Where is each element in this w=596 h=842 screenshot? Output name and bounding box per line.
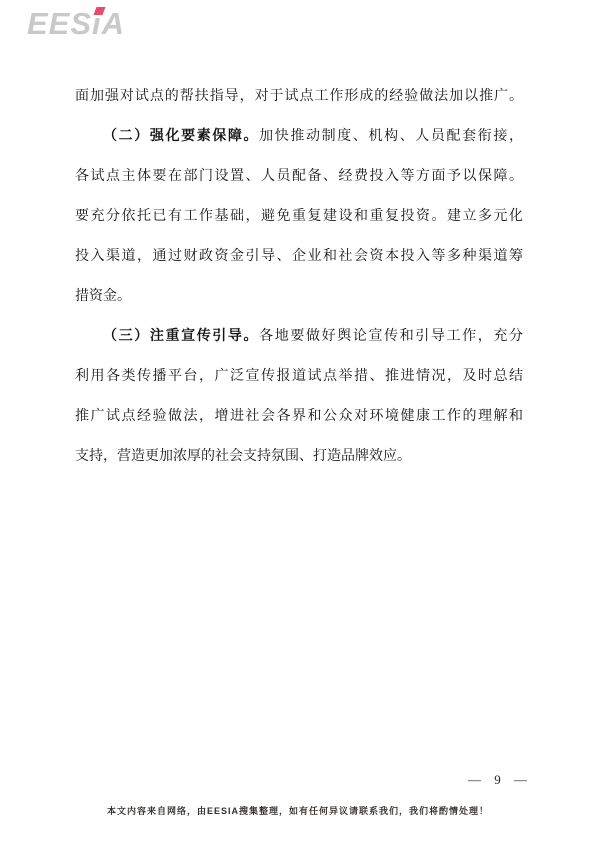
text-run: 各地要做好舆论宣传和引导工作，充分 xyxy=(259,329,523,344)
page-number: — 9 — xyxy=(468,772,527,788)
document-page: EESıA 面加强对试点的帮扶指导，对于试点工作形成的经验做法加以推广。（二）强… xyxy=(0,0,596,842)
text-run: 投入渠道，通过财政资金引导、企业和社会资本投入等多种渠道筹 xyxy=(75,249,523,264)
text-line: 支持，营造更加浓厚的社会支持氛围、打造品牌效应。 xyxy=(75,437,523,477)
text-line: （三）注重宣传引导。各地要做好舆论宣传和引导工作，充分 xyxy=(75,317,523,357)
footer-disclaimer: 本文内容来自网络，由EESIA搜集整理，如有任何异议请联系我们，我们将酌情处理！ xyxy=(0,804,596,817)
text-run: 措资金。 xyxy=(75,289,131,304)
document-body: 面加强对试点的帮扶指导，对于试点工作形成的经验做法加以推广。（二）强化要素保障。… xyxy=(75,77,523,477)
text-line: 面加强对试点的帮扶指导，对于试点工作形成的经验做法加以推广。 xyxy=(75,77,523,117)
text-line: 推广试点经验做法，增进社会各界和公众对环境健康工作的理解和 xyxy=(75,397,523,437)
text-line: （二）强化要素保障。加快推动制度、机构、人员配套衔接， xyxy=(75,117,523,157)
text-run: 面加强对试点的帮扶指导，对于试点工作形成的经验做法加以推广。 xyxy=(75,89,523,104)
text-run: 支持，营造更加浓厚的社会支持氛围、打造品牌效应。 xyxy=(75,449,411,464)
text-run: 各试点主体要在部门设置、人员配备、经费投入等方面予以保障。 xyxy=(75,169,523,184)
text-line: 各试点主体要在部门设置、人员配备、经费投入等方面予以保障。 xyxy=(75,157,523,197)
text-line: 措资金。 xyxy=(75,277,523,317)
text-run: 加快推动制度、机构、人员配套衔接， xyxy=(259,129,523,144)
text-run: 推广试点经验做法，增进社会各界和公众对环境健康工作的理解和 xyxy=(75,409,523,424)
heading-run: （三）注重宣传引导。 xyxy=(103,329,259,344)
logo-text-post: A xyxy=(102,6,125,41)
text-line: 投入渠道，通过财政资金引导、企业和社会资本投入等多种渠道筹 xyxy=(75,237,523,277)
logo-letter-i: ı xyxy=(92,6,102,42)
text-run: 要充分依托已有工作基础，避免重复建设和重复投资。建立多元化 xyxy=(75,209,523,224)
text-run: 利用各类传播平台，广泛宣传报道试点举措、推进情况，及时总结 xyxy=(75,369,523,384)
eesia-logo: EESıA xyxy=(27,6,125,42)
heading-run: （二）强化要素保障。 xyxy=(103,129,259,144)
text-line: 要充分依托已有工作基础，避免重复建设和重复投资。建立多元化 xyxy=(75,197,523,237)
text-line: 利用各类传播平台，广泛宣传报道试点举措、推进情况，及时总结 xyxy=(75,357,523,397)
logo-text-pre: EES xyxy=(27,6,92,41)
